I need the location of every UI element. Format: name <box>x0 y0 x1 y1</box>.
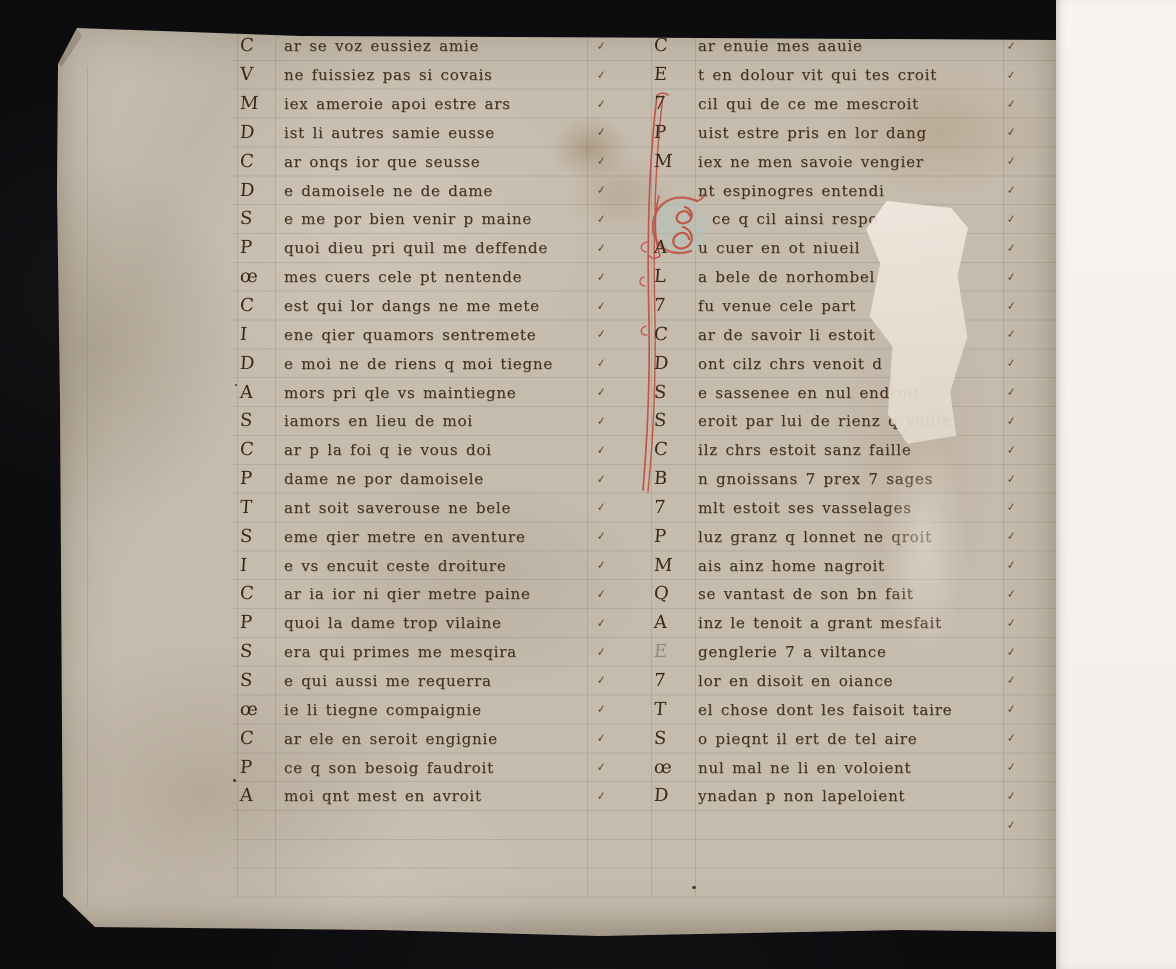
line-tick-mark: ✓ <box>999 270 1017 285</box>
manuscript-line: Et en dolour vit qui tes croit✓ <box>653 61 1017 90</box>
line-tick-mark: ✓ <box>999 760 1017 775</box>
line-initial: P <box>652 124 698 142</box>
manuscript-line: Se qui aussi me requerra✓ <box>239 667 607 696</box>
line-text: eme qier metre en aventure <box>284 528 590 546</box>
manuscript-line: Miex ne men savoie vengier✓ <box>653 147 1017 176</box>
line-tick-mark: ✓ <box>589 616 607 631</box>
line-text: e me por bien venir p maine <box>284 210 590 228</box>
line-initial: E <box>652 66 698 84</box>
manuscript-line: De damoisele ne de dame✓ <box>239 176 607 205</box>
line-tick-mark: ✓ <box>589 731 607 746</box>
line-text: ar se voz eussiez amie <box>284 37 590 55</box>
line-tick-mark: ✓ <box>589 645 607 660</box>
line-tick-mark: ✓ <box>999 97 1017 112</box>
line-tick-mark: ✓ <box>999 328 1017 343</box>
line-tick-mark: ✓ <box>999 299 1017 314</box>
manuscript-line: Amoi qnt mest en avroit✓ <box>239 782 607 811</box>
line-tick-mark: ✓ <box>589 270 607 285</box>
line-tick-mark: ✓ <box>999 616 1017 631</box>
manuscript-line: Car onqs ior que seusse✓ <box>239 147 607 176</box>
manuscript-line: Puist estre pris en lor dang✓ <box>653 119 1017 148</box>
line-tick-mark: ✓ <box>999 789 1017 804</box>
line-text: nt espinogres entendi <box>698 182 1000 200</box>
line-tick-mark: ✓ <box>589 39 607 54</box>
line-initial: E <box>652 643 698 661</box>
manuscript-line: Sera qui primes me mesqira✓ <box>239 638 607 667</box>
line-tick-mark: ✓ <box>999 587 1017 602</box>
line-tick-mark: ✓ <box>589 702 607 717</box>
manuscript-line: Se me por bien venir p maine✓ <box>239 205 607 234</box>
ink-speck <box>692 886 696 889</box>
line-text: dame ne por damoisele <box>284 470 590 488</box>
manuscript-line: De moi ne de riens q moi tiegne✓ <box>239 349 607 378</box>
line-tick-mark: ✓ <box>999 126 1017 141</box>
line-initial: S <box>238 672 284 690</box>
line-text: ene qier quamors sentremete <box>284 326 590 344</box>
line-text: mes cuers cele pt nentende <box>284 268 590 286</box>
manuscript-line: Pdame ne por damoisele✓ <box>239 465 607 494</box>
line-tick-mark: ✓ <box>999 414 1017 429</box>
manuscript-line: Car p la foi q ie vous doi✓ <box>239 436 607 465</box>
line-initial: C <box>238 153 284 171</box>
line-initial: S <box>238 643 284 661</box>
line-tick-mark: ✓ <box>589 328 607 343</box>
line-initial: P <box>238 614 284 632</box>
manuscript-line: œie li tiegne compaignie✓ <box>239 695 607 724</box>
line-tick-mark: ✓ <box>999 558 1017 573</box>
line-initial: 7 <box>652 95 698 113</box>
line-text: quoi dieu pri quil me deffende <box>284 239 590 257</box>
line-tick-mark: ✓ <box>999 818 1017 833</box>
manuscript-line: Seme qier metre en aventure✓ <box>239 522 607 551</box>
line-text: mors pri qle vs maintiegne <box>284 384 590 402</box>
line-tick-mark: ✓ <box>999 674 1017 689</box>
line-initial: I <box>238 326 284 344</box>
line-initial: V <box>238 66 284 84</box>
line-initial: œ <box>238 701 284 719</box>
line-text: iex ne men savoie vengier <box>698 153 1000 171</box>
line-text: iex ameroie apoi estre ars <box>284 95 590 113</box>
line-tick-mark: ✓ <box>589 97 607 112</box>
line-tick-mark: ✓ <box>589 212 607 227</box>
line-text: ar ele en seroit engignie <box>284 730 590 748</box>
line-initial: œ <box>652 759 698 777</box>
line-initial: A <box>652 239 698 257</box>
line-text: t en dolour vit qui tes croit <box>698 66 1000 84</box>
line-tick-mark: ✓ <box>999 645 1017 660</box>
line-initial: P <box>238 470 284 488</box>
photo-canvas: { "scene": { "subject": "medieval parchm… <box>0 0 1176 969</box>
line-tick-mark: ✓ <box>999 443 1017 458</box>
manuscript-line: Ainz le tenoit a grant mesfait✓ <box>653 609 1017 638</box>
manuscript-line: Car ele en seroit engignie✓ <box>239 724 607 753</box>
line-text: iamors en lieu de moi <box>284 412 590 430</box>
manuscript-line: Dont cilz chrs venoit d✓ <box>653 349 1017 378</box>
line-text: ne fuissiez pas si covais <box>284 66 590 84</box>
line-tick-mark: ✓ <box>589 587 607 602</box>
manuscript-line: Egenglerie 7 a viltance✓ <box>653 638 1017 667</box>
line-initial: L <box>652 268 698 286</box>
ruling-vertical <box>87 66 88 906</box>
line-text: ant soit saverouse ne bele <box>284 499 590 517</box>
line-tick-mark: ✓ <box>999 183 1017 198</box>
manuscript-line: Tant soit saverouse ne bele✓ <box>239 494 607 523</box>
line-tick-mark: ✓ <box>999 529 1017 544</box>
line-initial: B <box>652 470 698 488</box>
line-tick-mark: ✓ <box>589 674 607 689</box>
line-initial: D <box>238 124 284 142</box>
line-text: era qui primes me mesqira <box>284 643 590 661</box>
line-initial: C <box>652 326 698 344</box>
line-initial: D <box>238 355 284 373</box>
manuscript-line: 7lor en disoit en oiance✓ <box>653 667 1017 696</box>
manuscript-line: So pieqnt il ert de tel aire✓ <box>653 724 1017 753</box>
line-text: ie li tiegne compaignie <box>284 701 590 719</box>
line-initial: A <box>238 384 284 402</box>
text-column-left: Car se voz eussiez amie✓Vne fuissiez pas… <box>239 32 607 811</box>
line-initial: 7 <box>652 499 698 517</box>
line-initial: T <box>652 701 698 719</box>
line-tick-mark: ✓ <box>589 183 607 198</box>
line-tick-mark: ✓ <box>589 501 607 516</box>
line-initial: œ <box>238 268 284 286</box>
line-initial: P <box>652 528 698 546</box>
line-initial: C <box>238 441 284 459</box>
line-initial: D <box>652 787 698 805</box>
line-tick-mark: ✓ <box>589 760 607 775</box>
line-text: cil qui de ce me mescroit <box>698 95 1000 113</box>
line-tick-mark: ✓ <box>999 385 1017 400</box>
line-tick-mark: ✓ <box>589 385 607 400</box>
line-tick-mark: ✓ <box>999 241 1017 256</box>
line-initial: 7 <box>652 672 698 690</box>
manuscript-line: Vne fuissiez pas si covais✓ <box>239 61 607 90</box>
line-tick-mark: ✓ <box>589 472 607 487</box>
facing-page-edge <box>1056 0 1176 969</box>
line-initial: C <box>238 585 284 603</box>
line-text: uist estre pris en lor dang <box>698 124 1000 142</box>
line-tick-mark: ✓ <box>999 472 1017 487</box>
line-tick-mark: ✓ <box>589 126 607 141</box>
manuscript-line: Car ia ior ni qier metre paine✓ <box>239 580 607 609</box>
line-initial: S <box>238 412 284 430</box>
line-initial: C <box>238 730 284 748</box>
manuscript-line: Se sassenee en nul endroit✓ <box>653 378 1017 407</box>
line-initial: D <box>652 355 698 373</box>
line-text: ist li autres samie eusse <box>284 124 590 142</box>
line-tick-mark: ✓ <box>589 529 607 544</box>
line-initial: I <box>238 557 284 575</box>
line-initial: C <box>652 441 698 459</box>
line-tick-mark: ✓ <box>589 299 607 314</box>
line-initial: C <box>238 297 284 315</box>
line-initial: M <box>238 95 284 113</box>
manuscript-line: Amors pri qle vs maintiegne✓ <box>239 378 607 407</box>
line-text: el chose dont les faisoit taire <box>698 701 1000 719</box>
line-text: e vs encuit ceste droiture <box>284 557 590 575</box>
ink-speck <box>235 384 237 386</box>
line-initial: D <box>238 182 284 200</box>
line-initial: P <box>238 239 284 257</box>
manuscript-line: Dynadan p non lapeloient✓ <box>653 782 1017 811</box>
line-initial: M <box>652 153 698 171</box>
line-text: est qui lor dangs ne me mete <box>284 297 590 315</box>
line-text: ar onqs ior que seusse <box>284 153 590 171</box>
manuscript-line: 7cil qui de ce me mescroit✓ <box>653 90 1017 119</box>
manuscript-line: Siamors en lieu de moi✓ <box>239 407 607 436</box>
line-initial: Q <box>652 585 698 603</box>
line-tick-mark: ✓ <box>589 154 607 169</box>
manuscript-line: nt espinogres entendi✓ <box>653 176 1017 205</box>
line-tick-mark: ✓ <box>999 212 1017 227</box>
line-text: e qui aussi me requerra <box>284 672 590 690</box>
line-tick-mark: ✓ <box>999 154 1017 169</box>
manuscript-line: Ie vs encuit ceste droiture✓ <box>239 551 607 580</box>
parchment-leaf: Car se voz eussiez amie✓Vne fuissiez pas… <box>55 26 1058 936</box>
line-initial: A <box>652 614 698 632</box>
manuscript-line: Pce q son besoig faudroit✓ <box>239 753 607 782</box>
manuscript-line: Cest qui lor dangs ne me mete✓ <box>239 292 607 321</box>
line-text: nul mal ne li en voloient <box>698 759 1000 777</box>
line-tick-mark: ✓ <box>589 558 607 573</box>
line-initial: T <box>238 499 284 517</box>
line-text: ynadan p non lapeloient <box>698 787 1000 805</box>
line-tick-mark: ✓ <box>589 241 607 256</box>
line-tick-mark: ✓ <box>589 68 607 83</box>
line-text: quoi la dame trop vilaine <box>284 614 590 632</box>
manuscript-line: Iene qier quamors sentremete✓ <box>239 320 607 349</box>
manuscript-line: ✓ <box>653 811 1017 840</box>
manuscript-line: Miex ameroie apoi estre ars✓ <box>239 90 607 119</box>
line-tick-mark: ✓ <box>589 789 607 804</box>
line-tick-mark: ✓ <box>589 356 607 371</box>
line-text: e moi ne de riens q moi tiegne <box>284 355 590 373</box>
line-tick-mark: ✓ <box>999 501 1017 516</box>
manuscript-line: Dist li autres samie eusse✓ <box>239 119 607 148</box>
line-text: lor en disoit en oiance <box>698 672 1000 690</box>
line-initial: S <box>652 412 698 430</box>
line-initial: A <box>238 787 284 805</box>
manuscript-line: Cilz chrs estoit sanz faille✓ <box>653 436 1017 465</box>
line-text: genglerie 7 a viltance <box>698 643 1000 661</box>
line-tick-mark: ✓ <box>999 356 1017 371</box>
line-initial: C <box>238 37 284 55</box>
text-column-right: Car enuie mes aauie✓Et en dolour vit qui… <box>653 32 1017 840</box>
line-initial: M <box>652 557 698 575</box>
line-initial: S <box>238 528 284 546</box>
line-initial: S <box>652 730 698 748</box>
line-tick-mark: ✓ <box>999 68 1017 83</box>
line-initial: S <box>652 384 698 402</box>
manuscript-line: Tel chose dont les faisoit taire✓ <box>653 695 1017 724</box>
line-text: ar enuie mes aauie <box>698 37 1000 55</box>
manuscript-line: Pquoi la dame trop vilaine✓ <box>239 609 607 638</box>
line-text: e damoisele ne de dame <box>284 182 590 200</box>
ink-speck <box>233 779 236 782</box>
line-text: moi qnt mest en avroit <box>284 787 590 805</box>
line-tick-mark: ✓ <box>999 39 1017 54</box>
manuscript-line: œnul mal ne li en voloient✓ <box>653 753 1017 782</box>
line-initial: P <box>238 759 284 777</box>
line-text: ar p la foi q ie vous doi <box>284 441 590 459</box>
manuscript-line: œmes cuers cele pt nentende✓ <box>239 263 607 292</box>
line-text: o pieqnt il ert de tel aire <box>698 730 1000 748</box>
line-text: e sassenee en nul endroit <box>698 384 1000 402</box>
manuscript-line: La bele de norhombel✓ <box>653 263 1017 292</box>
line-initial: S <box>238 210 284 228</box>
manuscript-line: Pquoi dieu pri quil me deffende✓ <box>239 234 607 263</box>
manuscript-line: Seroit par lui de rienz q vaille✓ <box>653 407 1017 436</box>
line-initial: 7 <box>652 297 698 315</box>
line-text: ce q son besoig faudroit <box>284 759 590 777</box>
line-text: ar ia ior ni qier metre paine <box>284 585 590 603</box>
line-initial: C <box>652 37 698 55</box>
line-tick-mark: ✓ <box>589 443 607 458</box>
line-tick-mark: ✓ <box>999 702 1017 717</box>
repair-patch-residue <box>881 428 967 660</box>
line-tick-mark: ✓ <box>589 414 607 429</box>
line-tick-mark: ✓ <box>999 731 1017 746</box>
